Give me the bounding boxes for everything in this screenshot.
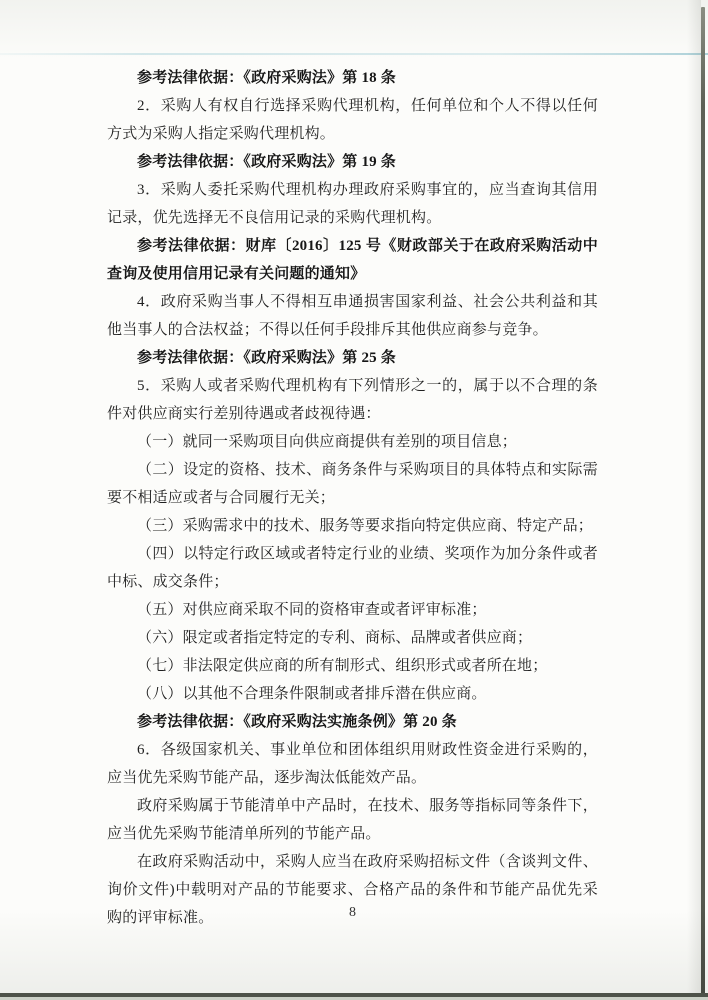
scan-artifact-streak	[0, 53, 708, 55]
document-body: 参考法律依据：《政府采购法》第 18 条2．采购人有权自行选择采购代理机构，任何…	[107, 64, 598, 932]
legal-reference-heading: 参考法律依据：《政府采购法》第 18 条	[107, 64, 598, 92]
body-paragraph: （五）对供应商采取不同的资格审查或者评审标准；	[107, 596, 598, 624]
body-paragraph: 3．采购人委托采购代理机构办理政府采购事宜的，应当查询其信用记录，优先选择无不良…	[107, 176, 598, 232]
scanned-document-page: 参考法律依据：《政府采购法》第 18 条2．采购人有权自行选择采购代理机构，任何…	[0, 0, 708, 1000]
page-edge-shadow	[687, 0, 701, 1000]
body-paragraph: （二）设定的资格、技术、商务条件与采购项目的具体特点和实际需要不相适应或者与合同…	[107, 456, 598, 512]
legal-reference-heading: 参考法律依据：《政府采购法》第 19 条	[107, 148, 598, 176]
body-paragraph: 4．政府采购当事人不得相互串通损害国家利益、社会公共利益和其他当事人的合法权益；…	[107, 288, 598, 344]
body-paragraph: 2．采购人有权自行选择采购代理机构，任何单位和个人不得以任何方式为采购人指定采购…	[107, 92, 598, 148]
body-paragraph: 5．采购人或者采购代理机构有下列情形之一的，属于以不合理的条件对供应商实行差别待…	[107, 372, 598, 428]
body-paragraph: 6．各级国家机关、事业单位和团体组织用财政性资金进行采购的，应当优先采购节能产品…	[107, 736, 598, 792]
legal-reference-heading: 参考法律依据：财库〔2016〕125 号《财政部关于在政府采购活动中查询及使用信…	[107, 232, 598, 288]
body-paragraph: 政府采购属于节能清单中产品时，在技术、服务等指标同等条件下，应当优先采购节能清单…	[107, 792, 598, 848]
body-paragraph: （六）限定或者指定特定的专利、商标、品牌或者供应商；	[107, 624, 598, 652]
page-number: 8	[107, 905, 598, 921]
body-paragraph: （八）以其他不合理条件限制或者排斥潜在供应商。	[107, 680, 598, 708]
body-paragraph: （四）以特定行政区域或者特定行业的业绩、奖项作为加分条件或者中标、成交条件；	[107, 540, 598, 596]
legal-reference-heading: 参考法律依据：《政府采购法》第 25 条	[107, 344, 598, 372]
page-right-edge-line	[701, 7, 705, 996]
body-paragraph: （七）非法限定供应商的所有制形式、组织形式或者所在地；	[107, 652, 598, 680]
legal-reference-heading: 参考法律依据：《政府采购法实施条例》第 20 条	[107, 708, 598, 736]
body-paragraph: （一）就同一采购项目向供应商提供有差别的项目信息；	[107, 428, 598, 456]
body-paragraph: （三）采购需求中的技术、服务等要求指向特定供应商、特定产品；	[107, 512, 598, 540]
